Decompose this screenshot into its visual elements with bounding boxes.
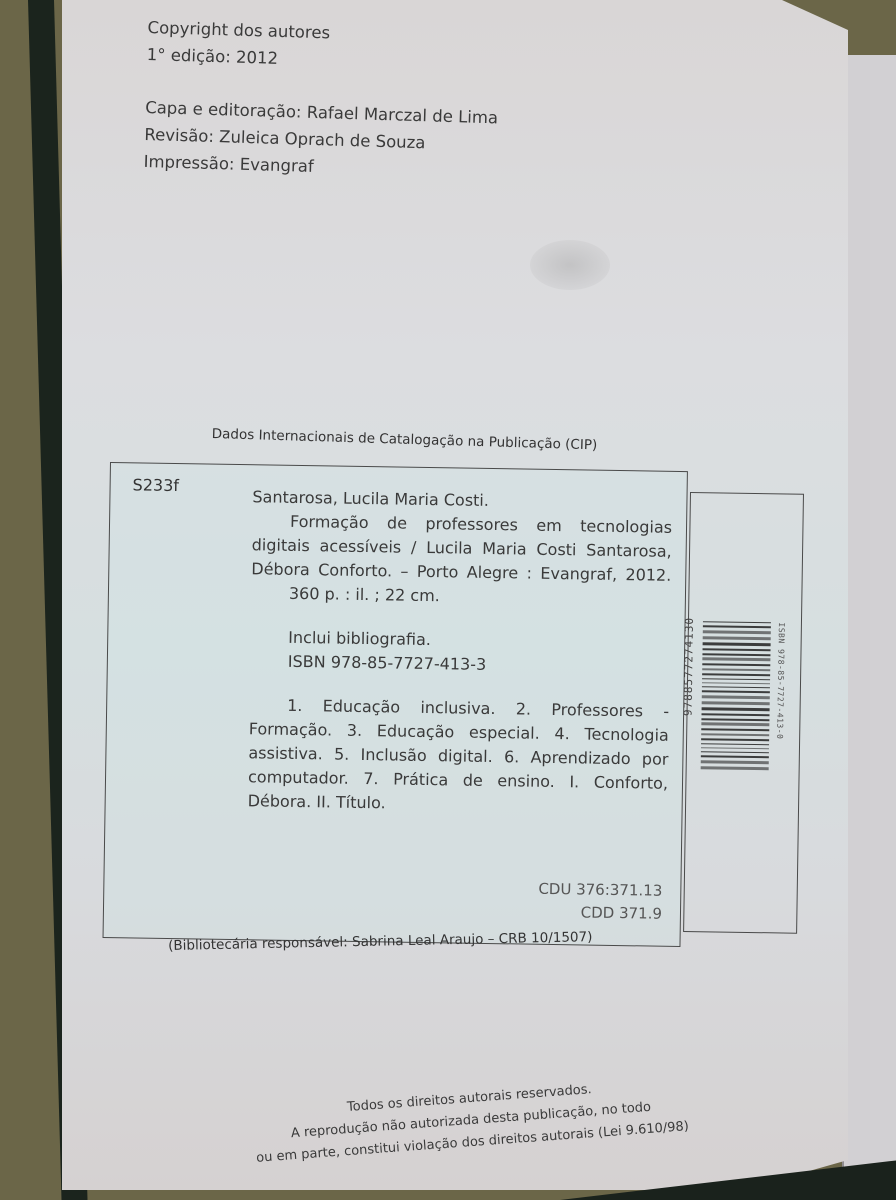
barcode-digits: 9788577274130 <box>681 617 696 716</box>
cdu-code: CDU 376:371.13 <box>538 878 662 903</box>
cutter-code: S233f <box>132 475 179 495</box>
next-page-edge <box>842 55 896 1175</box>
cip-body: Santarosa, Lucila Maria Costi. Formação … <box>248 485 673 820</box>
classification: CDU 376:371.13 CDD 371.9 <box>538 878 663 926</box>
cip-record-box: S233f Santarosa, Lucila Maria Costi. For… <box>103 462 688 947</box>
barcode-isbn: ISBN 978-85-7727-413-0 <box>775 622 786 739</box>
cdd-code: CDD 371.9 <box>538 901 662 926</box>
credits-block: Copyright dos autores 1° edição: 2012 Ca… <box>143 14 501 185</box>
barcode-icon <box>701 621 771 770</box>
barcode-box: 9788577274130 ISBN 978-85-7727-413-0 <box>683 492 804 934</box>
page-smudge <box>530 240 610 290</box>
